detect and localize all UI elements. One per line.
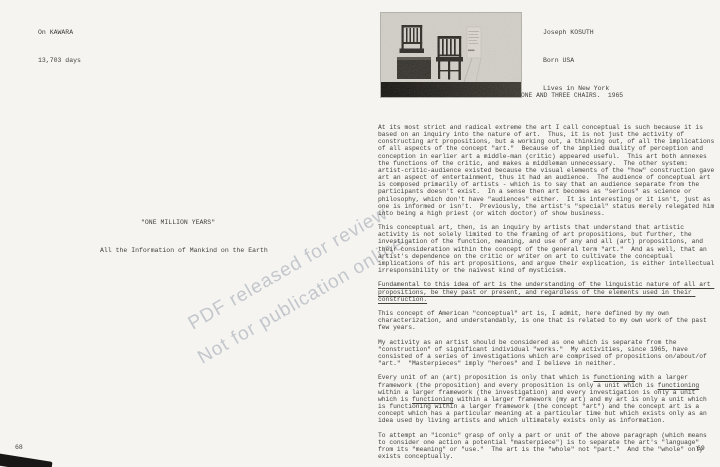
essay-paragraph: Fundamental to this idea of art is the u… [378,281,718,302]
essay-paragraph: To attempt an "iconic" grasp of only a p… [378,432,718,461]
essay-paragraphs: At its most strict and radical extreme t… [378,124,718,467]
page-number-left: 68 [15,444,23,451]
artist-name-right: Joseph KOSUTH [543,28,609,37]
artist-born: Born USA [543,56,609,65]
essay-paragraph: At its most strict and radical extreme t… [378,124,718,217]
artwork-photo-one-and-three-chairs [380,12,522,98]
artist-name-left: On KAWARA [38,28,81,37]
photo-grain-overlay [380,12,522,98]
artist-days-count: 13,703 days [38,56,81,65]
work-subtitle: All the Information of Mankind on the Ea… [100,247,268,254]
work-title: "ONE MILLION YEARS" [141,219,215,226]
watermark-line-1: PDF released for review [185,203,392,335]
essay-paragraph: My activity as an artist should be consi… [378,339,718,368]
essay-paragraph: This conceptual art, then, is an inquiry… [378,224,718,274]
photo-caption: ONE AND THREE CHAIRS. 1965 [521,92,623,99]
essay-paragraph: This concept of American "conceptual" ar… [378,310,718,331]
right-page-header: Joseph KOSUTH Born USA Lives in New York [543,10,609,102]
left-page-header: On KAWARA 13,703 days [38,10,81,74]
essay-paragraph: Every unit of an (art) proposition is on… [378,374,718,424]
scan-artifact [0,452,53,467]
